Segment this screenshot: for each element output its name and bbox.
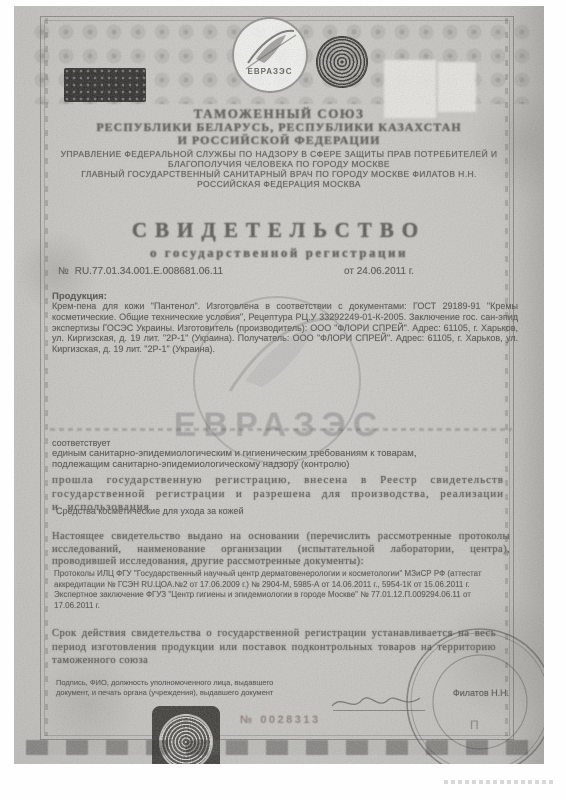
certificate-title: СВИДЕТЕЛЬСТВО [24,218,534,243]
signature-caption: Подпись, ФИО, должность уполномоченного … [56,678,304,698]
authority-line-1: УПРАВЛЕНИЕ ФЕДЕРАЛЬНОЙ СЛУЖБЫ ПО НАДЗОРУ… [24,149,534,159]
basis-lead: Настоящее свидетельство выдано на основа… [52,531,510,569]
eurasec-watermark-swoosh-icon [210,301,350,421]
stamp-mark: П [470,718,479,732]
conformity-requirements: единым санитарно-эпидемиологическим и ги… [52,448,456,470]
conformity-lead: соответствует [52,438,110,448]
certificate-number: RU.77.01.34.001.Е.008681.06.11 [75,266,223,277]
signatory-name: Филатов Н.Н. [436,688,526,698]
guilloche-dark-block [64,68,146,102]
certificate-subtitle: о государственной регистрации [24,245,534,261]
authority-line-3: ГЛАВНЫЙ ГОСУДАРСТВЕННЫЙ САНИТАРНЫЙ ВРАЧ … [24,169,534,179]
footer-micro-text-smudge [444,780,556,784]
product-scope: Средства косметические для ухода за коже… [56,506,244,516]
issue-date: от 24.06.2011 г. [344,266,414,277]
light-rectangle-2 [438,62,476,112]
eurasec-swoosh-icon [234,19,306,91]
eurasec-logo-label: ЕВРАЗЭС [234,67,306,76]
scanned-certificate-page: ЕВРАЗЭС ТАМОЖЕННЫЙ СОЮЗ РЕСПУБЛИКИ БЕЛАР… [0,0,566,800]
micro-text-row [50,428,512,431]
round-seal-stamp-top [316,36,368,88]
state-emblem-ring [159,714,213,764]
authority-line-2: БЛАГОПОЛУЧИЯ ЧЕЛОВЕКА ПО ГОРОДУ МОСКВЕ [24,159,534,169]
scan-area: ЕВРАЗЭС ТАМОЖЕННЫЙ СОЮЗ РЕСПУБЛИКИ БЕЛАР… [14,6,544,764]
authority-line-4: РОССИЙСКАЯ ФЕДЕРАЦИЯ МОСКВА [24,179,534,189]
state-emblem-seal [152,706,220,764]
eurasec-logo-icon: ЕВРАЗЭС [232,17,308,93]
number-label: № [58,266,69,277]
serial-number: № 0028313 [240,714,321,726]
basis-protocols: Протоколы ИЛЦ ФГУ "Государственный научн… [54,569,506,611]
certificate-number-row: №RU.77.01.34.001.Е.008681.06.11 [58,266,518,277]
bottom-ornament-band [26,740,534,755]
union-federation-line: И РОССИЙСКОЙ ФЕДЕРАЦИИ [24,133,534,148]
